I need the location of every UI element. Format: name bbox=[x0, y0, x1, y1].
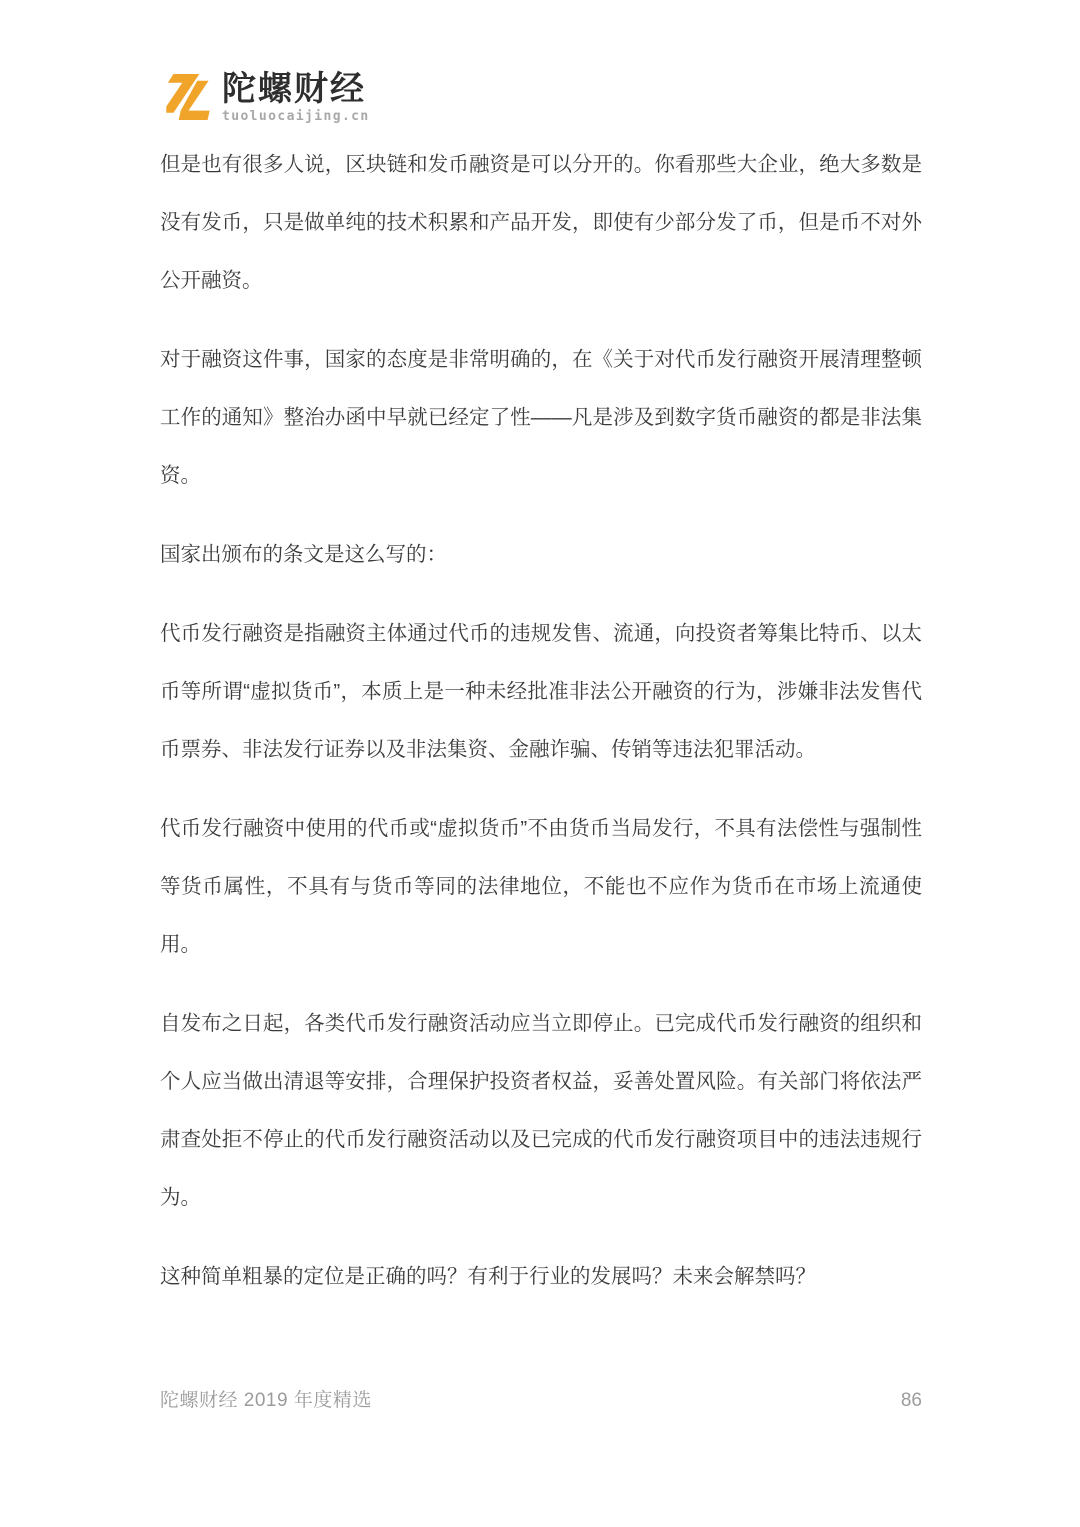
paragraph: 这种简单粗暴的定位是正确的吗？有利于行业的发展吗？未来会解禁吗？ bbox=[160, 1248, 922, 1306]
paragraph: 但是也有很多人说，区块链和发币融资是可以分开的。你看那些大企业，绝大多数是没有发… bbox=[160, 136, 922, 310]
logo-z-icon bbox=[166, 73, 212, 121]
paragraph: 自发布之日起，各类代币发行融资活动应当立即停止。已完成代币发行融资的组织和个人应… bbox=[160, 995, 922, 1227]
brand-logo: 陀螺财经 tuoluocaijing.cn bbox=[166, 72, 370, 124]
paragraph: 对于融资这件事，国家的态度是非常明确的，在《关于对代币发行融资开展清理整顿工作的… bbox=[160, 331, 922, 505]
article-body: 但是也有很多人说，区块链和发币融资是可以分开的。你看那些大企业，绝大多数是没有发… bbox=[160, 136, 922, 1327]
paragraph: 国家出颁布的条文是这么写的： bbox=[160, 526, 922, 584]
page-number: 86 bbox=[901, 1390, 922, 1412]
footer-title: 陀螺财经 2019 年度精选 bbox=[160, 1385, 372, 1412]
brand-name: 陀螺财经 bbox=[222, 72, 370, 106]
document-page: 陀螺财经 tuoluocaijing.cn 但是也有很多人说，区块链和发币融资是… bbox=[0, 0, 1080, 1527]
brand-domain: tuoluocaijing.cn bbox=[222, 109, 370, 124]
paragraph: 代币发行融资是指融资主体通过代币的违规发售、流通，向投资者筹集比特币、以太币等所… bbox=[160, 605, 922, 779]
page-footer: 陀螺财经 2019 年度精选 86 bbox=[160, 1385, 922, 1412]
paragraph: 代币发行融资中使用的代币或“虚拟货币”不由货币当局发行，不具有法偿性与强制性等货… bbox=[160, 800, 922, 974]
brand-text: 陀螺财经 tuoluocaijing.cn bbox=[222, 72, 370, 124]
